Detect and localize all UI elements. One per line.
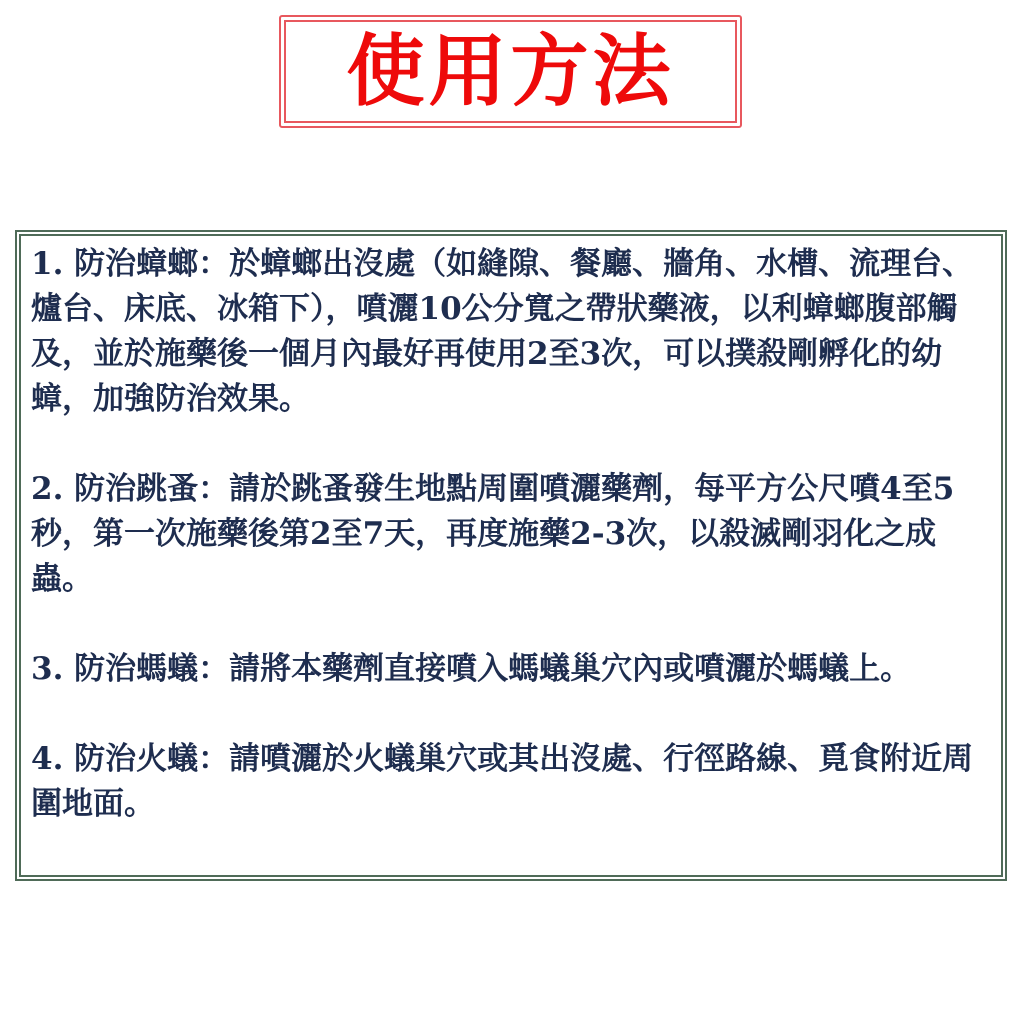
instructions-panel: 1. 防治蟑螂：於蟑螂出沒處（如縫隙、餐廳、牆角、水槽、流理台、爐台、床底、冰箱…	[15, 230, 1007, 881]
instructions-panel-inner: 1. 防治蟑螂：於蟑螂出沒處（如縫隙、餐廳、牆角、水槽、流理台、爐台、床底、冰箱…	[19, 234, 1003, 877]
instruction-cockroach: 1. 防治蟑螂：於蟑螂出沒處（如縫隙、餐廳、牆角、水槽、流理台、爐台、床底、冰箱…	[31, 242, 993, 422]
instruction-text: 請將本藥劑直接噴入螞蟻巢穴內或噴灑於螞蟻上。	[229, 651, 911, 687]
instruction-ant: 3. 防治螞蟻：請將本藥劑直接噴入螞蟻巢穴內或噴灑於螞蟻上。	[31, 647, 993, 692]
instruction-label: 2. 防治跳蚤：	[31, 471, 229, 507]
title-banner-inner: 使用方法	[284, 20, 737, 123]
instruction-label: 1. 防治蟑螂：	[31, 246, 229, 282]
instruction-label: 4. 防治火蟻：	[31, 741, 229, 777]
instruction-flea: 2. 防治跳蚤：請於跳蚤發生地點周圍噴灑藥劑，每平方公尺噴4至5秒，第一次施藥後…	[31, 467, 993, 602]
page-title: 使用方法	[346, 33, 674, 111]
instruction-label: 3. 防治螞蟻：	[31, 651, 229, 687]
instruction-fire-ant: 4. 防治火蟻：請噴灑於火蟻巢穴或其出沒處、行徑路線、覓食附近周圍地面。	[31, 737, 993, 827]
title-banner: 使用方法	[279, 15, 742, 128]
